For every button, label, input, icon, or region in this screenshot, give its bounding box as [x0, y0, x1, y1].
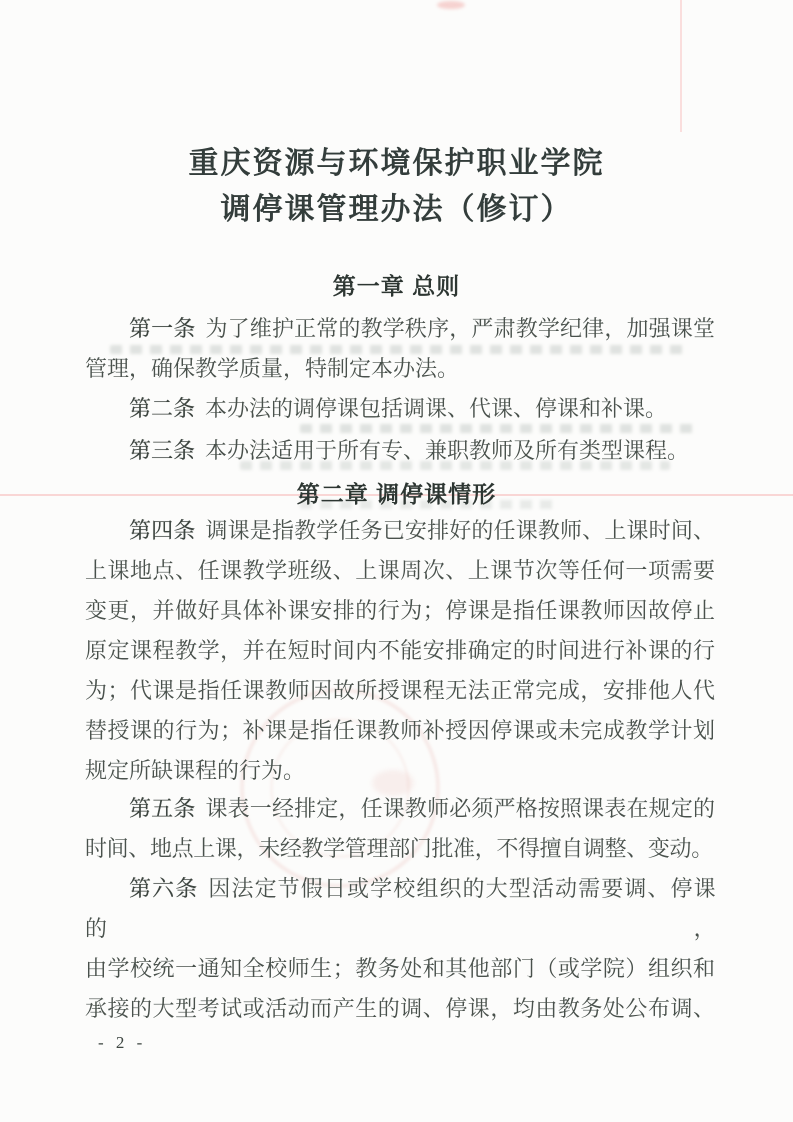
article-6-label: 第六条	[129, 876, 198, 901]
article-4-label: 第四条	[129, 518, 195, 543]
article-5-text: 课表一经排定，任课教师必须严格按照课表在规定的	[205, 796, 715, 821]
chapter-1-heading: 第一章 总则	[0, 271, 793, 301]
article-3-label: 第三条	[129, 438, 195, 463]
article-4-line-7: 规定所缺课程的行为。	[85, 751, 715, 791]
article-6: 第六条因法定节假日或学校组织的大型活动需要调、停课的， 由学校统一通知全校师生；…	[85, 869, 715, 1029]
article-3-text: 本办法适用于所有专、兼职教师及所有类型课程。	[205, 438, 689, 463]
article-5-label: 第五条	[129, 796, 195, 821]
article-1: 第一条为了维护正常的教学秩序，严肃教学纪律，加强课堂 管理，确保教学质量，特制定…	[85, 309, 715, 389]
article-2-text: 本办法的调停课包括调课、代课、停课和补课。	[205, 396, 667, 421]
article-4-line-2: 上课地点、任课教学班级、上课周次、上课节次等任何一项需要	[85, 551, 715, 591]
article-5-line-2: 时间、地点上课，未经教学管理部门批准，不得擅自调整、变动。	[85, 829, 715, 869]
article-1-line-1: 第一条为了维护正常的教学秩序，严肃教学纪律，加强课堂	[85, 309, 715, 349]
article-4-line-5: 为；代课是指任课教师因故所授课程无法正常完成，安排他人代	[85, 671, 715, 711]
scanned-document-page: 重庆资源与环境保护职业学院 调停课管理办法（修订） 第一章 总则 第一条为了维护…	[0, 0, 793, 1122]
article-6-line-2: 由学校统一通知全校师生；教务处和其他部门（或学院）组织和	[85, 949, 715, 989]
article-2-line-1: 第二条本办法的调停课包括调课、代课、停课和补课。	[85, 389, 715, 429]
article-1-line-2: 管理，确保教学质量，特制定本办法。	[85, 349, 715, 389]
article-6-line-1: 第六条因法定节假日或学校组织的大型活动需要调、停课的，	[85, 869, 715, 949]
article-4-text: 调课是指教学任务已安排好的任课教师、上课时间、	[205, 518, 715, 543]
article-4-line-6: 替授课的行为；补课是指任课教师补授因停课或未完成教学计划	[85, 711, 715, 751]
article-3-line-1: 第三条本办法适用于所有专、兼职教师及所有类型课程。	[85, 431, 715, 471]
document-title-line2: 调停课管理办法（修订）	[0, 191, 793, 229]
article-4-line-4: 原定课程教学，并在短时间内不能安排确定的时间进行补课的行	[85, 631, 715, 671]
article-5: 第五条课表一经排定，任课教师必须严格按照课表在规定的 时间、地点上课，未经教学管…	[85, 789, 715, 869]
article-2-label: 第二条	[129, 396, 195, 421]
article-4: 第四条调课是指教学任务已安排好的任课教师、上课时间、 上课地点、任课教学班级、上…	[85, 511, 715, 791]
article-4-line-1: 第四条调课是指教学任务已安排好的任课教师、上课时间、	[85, 511, 715, 551]
document-title-line1: 重庆资源与环境保护职业学院	[0, 145, 793, 183]
article-6-line-3: 承接的大型考试或活动而产生的调、停课，均由教务处公布调、	[85, 989, 715, 1029]
chapter-2-heading: 第二章 调停课情形	[0, 479, 793, 509]
scan-artifact-vertical-line	[680, 0, 682, 132]
article-1-label: 第一条	[129, 316, 195, 341]
article-5-line-1: 第五条课表一经排定，任课教师必须严格按照课表在规定的	[85, 789, 715, 829]
article-3: 第三条本办法适用于所有专、兼职教师及所有类型课程。	[85, 431, 715, 471]
article-2: 第二条本办法的调停课包括调课、代课、停课和补课。	[85, 389, 715, 429]
article-4-line-3: 变更，并做好具体补课安排的行为；停课是指任课教师因故停止	[85, 591, 715, 631]
scan-artifact-smudge	[437, 1, 465, 9]
page-number: - 2 -	[98, 1031, 146, 1055]
article-1-text: 为了维护正常的教学秩序，严肃教学纪律，加强课堂	[205, 316, 715, 341]
